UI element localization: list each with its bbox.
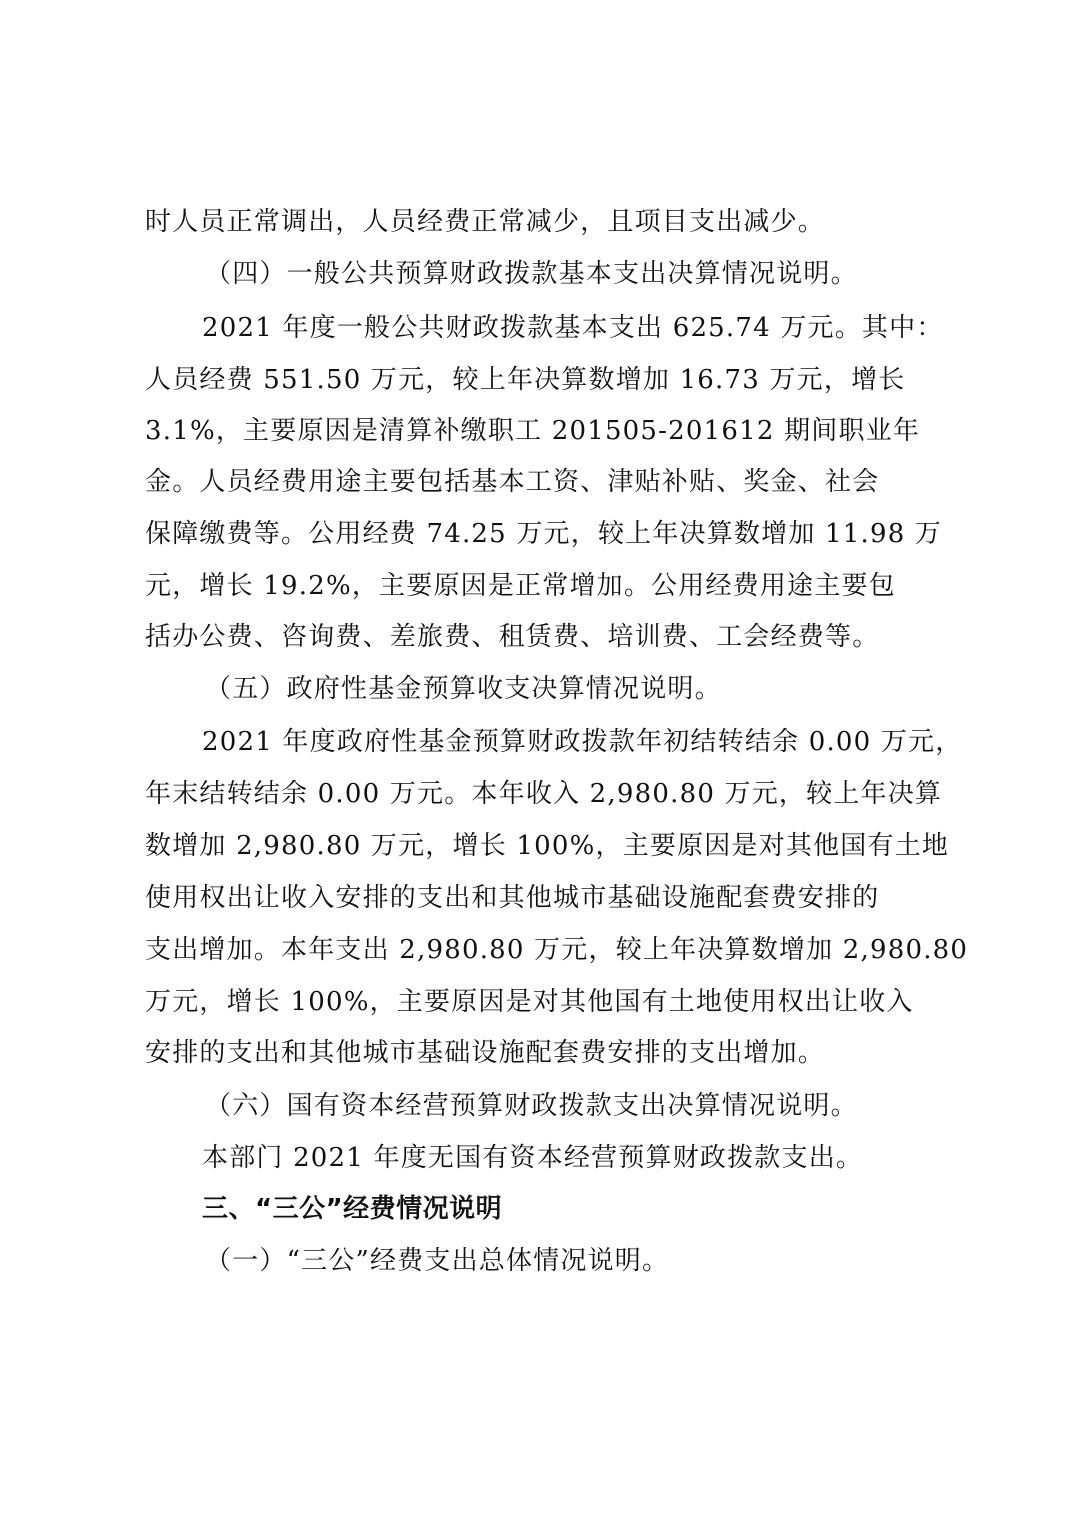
paragraph-line: 时人员正常调出，人员经费正常减少，且项目支出减少。 [145,202,825,242]
document-page: 时人员正常调出，人员经费正常减少，且项目支出减少。 （四）一般公共预算财政拨款基… [0,0,1075,1521]
section-heading-1: （一）“三公”经费支出总体情况说明。 [205,1241,669,1281]
paragraph-line: 数增加 2,980.80 万元，增长 100%，主要原因是对其他国有土地 [145,826,949,866]
paragraph-line: 括办公费、咨询费、差旅费、租赁费、培训费、工会经费等。 [145,617,879,657]
section-heading-5: （五）政府性基金预算收支决算情况说明。 [205,669,722,709]
paragraph-line: 3.1%，主要原因是清算补缴职工 201505-201612 期间职业年 [145,411,920,451]
paragraph-line: 2021 年度政府性基金预算财政拨款年初结转结余 0.00 万元， [202,722,962,762]
paragraph-line: 使用权出让收入安排的支出和其他城市基础设施配套费安排的 [145,878,879,918]
paragraph-line: 金。人员经费用途主要包括基本工资、津贴补贴、奖金、社会 [145,462,879,502]
chapter-heading-3: 三、“三公”经费情况说明 [202,1189,502,1229]
paragraph-line: 人员经费 551.50 万元，较上年决算数增加 16.73 万元，增长 [145,360,905,400]
paragraph-line: 安排的支出和其他城市基础设施配套费安排的支出增加。 [145,1033,825,1073]
paragraph-line: 元，增长 19.2%，主要原因是正常增加。公用经费用途主要包 [145,566,896,606]
paragraph-line: 万元，增长 100%，主要原因是对其他国有土地使用权出让收入 [145,982,914,1022]
paragraph-line: 本部门 2021 年度无国有资本经营预算财政拨款支出。 [202,1138,863,1178]
section-heading-4: （四）一般公共预算财政拨款基本支出决算情况说明。 [205,254,858,294]
paragraph-line: 保障缴费等。公用经费 74.25 万元，较上年决算数增加 11.98 万 [145,514,942,554]
paragraph-line: 2021 年度一般公共财政拨款基本支出 625.74 万元。其中： [202,308,944,348]
paragraph-line: 年末结转结余 0.00 万元。本年收入 2,980.80 万元，较上年决算 [145,774,942,814]
paragraph-line: 支出增加。本年支出 2,980.80 万元，较上年决算数增加 2,980.80 [145,930,968,970]
section-heading-6: （六）国有资本经营预算财政拨款支出决算情况说明。 [205,1086,858,1126]
